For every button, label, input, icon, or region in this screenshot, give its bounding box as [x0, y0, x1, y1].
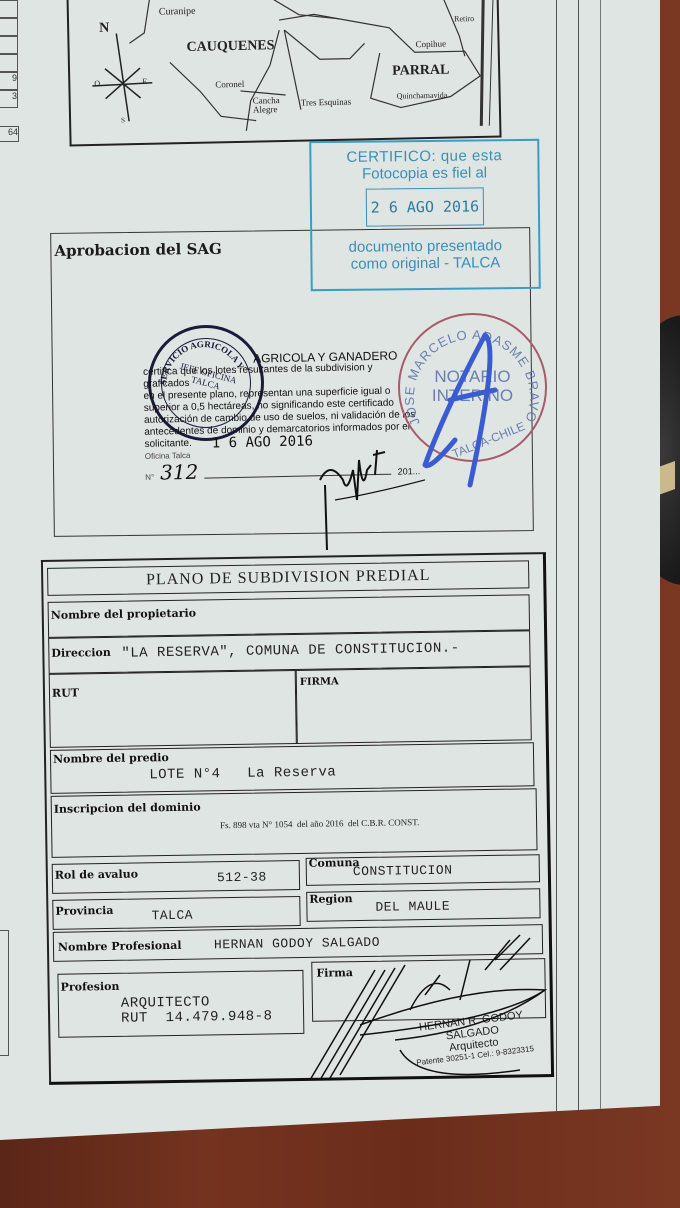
left-edge-box: 64 [0, 126, 19, 142]
comuna-value: CONSTITUCION [353, 863, 453, 880]
rol-value: 512-38 [217, 869, 267, 885]
region-label: Region [309, 892, 353, 906]
rol-field: Rol de avaluo 512-38 [52, 860, 300, 894]
architect-signature [300, 930, 560, 1090]
sag-signature [315, 440, 425, 560]
certification-stamp: CERTIFICO: que esta Fotocopia es fiel al… [309, 139, 541, 291]
stamp-date: 2 6 AGO 2016 [366, 187, 484, 226]
property-name-value: LOTE N°4 La Reserva [149, 764, 336, 783]
professional-label: Nombre Profesional [58, 939, 182, 954]
map-label-coronel: Coronel [215, 79, 244, 90]
provincia-value: TALCA [151, 908, 193, 924]
address-value: "LA RESERVA", COMUNA DE CONSTITUCION.- [121, 640, 459, 661]
provincia-label: Provincia [55, 904, 113, 918]
left-edge-table: 9 3 [0, 0, 18, 108]
profession-field: Profesion ARQUITECTO RUT 14.479.948-8 [57, 970, 304, 1038]
compass-east: E [142, 77, 147, 86]
comuna-field: Comuna CONSTITUCION [306, 854, 540, 886]
compass-north: N [99, 21, 109, 37]
map-label-cancha-alegre: Cancha Alegre [253, 96, 293, 115]
form-title-box: PLANO DE SUBDIVISION PREDIAL [47, 560, 529, 596]
sag-date: 1 6 AGO 2016 [212, 435, 313, 449]
map-label-cauquenes: CAUQUENES [186, 38, 274, 56]
rol-label: Rol de avaluo [55, 868, 138, 882]
map-label-tres-esquinas: Tres Esquinas [301, 97, 352, 108]
rut-field: RUT [49, 670, 298, 748]
notary-blue-signature [415, 320, 535, 500]
profession-label: Profesion [61, 980, 120, 994]
map-label-retiro: Retiro [454, 14, 474, 23]
map-label-copihue: Copihue [415, 39, 446, 50]
compass-south: S [121, 116, 125, 124]
domain-value: Fs. 898 vta N° 1054 del año 2016 del C.B… [220, 817, 419, 830]
region-value: DEL MAULE [375, 899, 450, 915]
map-label-parral: PARRAL [392, 63, 450, 80]
signature-label: FIRMA [300, 676, 339, 688]
region-field: Region DEL MAULE [306, 888, 540, 922]
left-edge-boxes [0, 930, 9, 1056]
sag-body-line: solicitante. [144, 438, 191, 451]
map-label-quinchamavida: Quinchamavida [397, 91, 448, 101]
sag-approval-title: Aprobacion del SAG [54, 240, 222, 260]
frame-line [578, 0, 579, 1120]
form-title: PLANO DE SUBDIVISION PREDIAL [48, 561, 528, 595]
property-name-label: Nombre del predio [53, 751, 169, 766]
property-name-field: Nombre del predio LOTE N°4 La Reserva [50, 742, 535, 794]
stamp-line-2: Fotocopia es fiel al [311, 164, 537, 183]
sag-number: 312 [160, 466, 198, 479]
document-sheet: 9 3 64 [0, 0, 660, 1140]
signature-field: FIRMA [295, 666, 532, 744]
stamp-line-4: como original - TALCA [312, 254, 538, 273]
address-label: Direccion [51, 646, 111, 660]
compass-west: O [94, 79, 100, 88]
frame-line [600, 0, 601, 1110]
profession-rut: RUT 14.479.948-8 [121, 1008, 273, 1026]
map-label-curanipe: Curanipe [159, 6, 196, 18]
location-map: Curanipe CAUQUENES Coronel Cancha Alegre… [66, 0, 501, 147]
rut-label: RUT [52, 686, 79, 699]
owner-label: Nombre del propietario [51, 607, 196, 622]
domain-label: Inscripcion del dominio [54, 801, 201, 816]
domain-field: Inscripcion del dominio Fs. 898 vta N° 1… [51, 788, 538, 858]
provincia-field: Provincia TALCA [52, 896, 300, 930]
